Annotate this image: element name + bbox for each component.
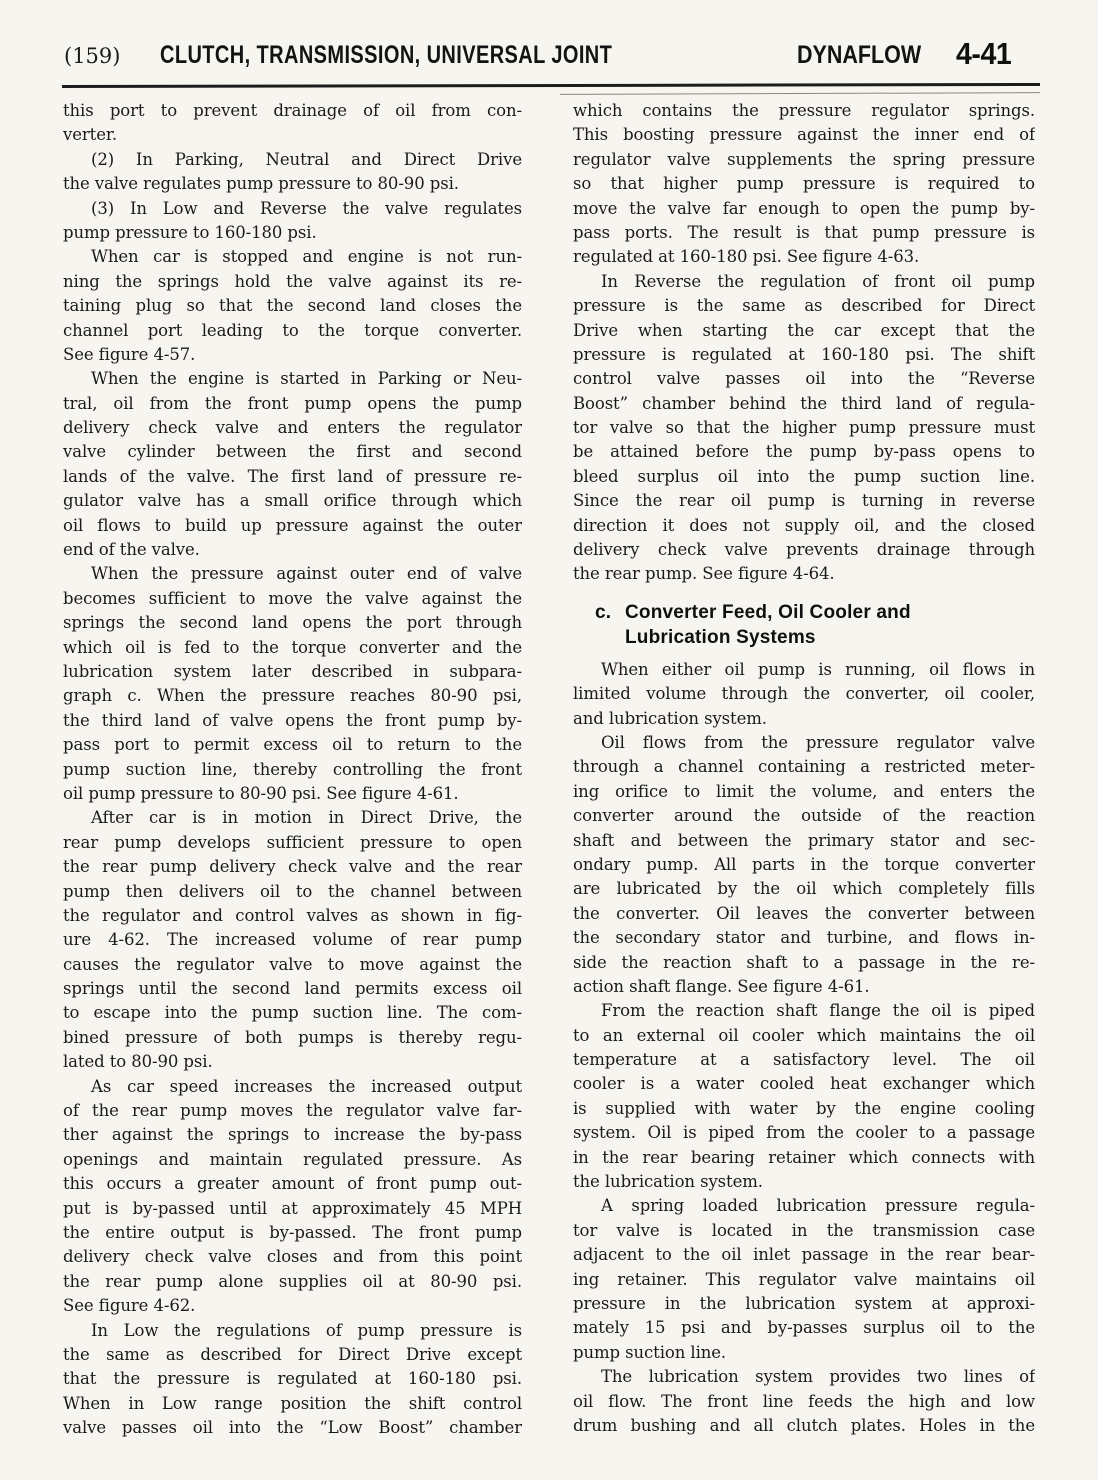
text-line: ning the springs hold the valve against … (63, 270, 522, 294)
text-line: When the pressure against outer end of v… (63, 562, 522, 586)
text-line: lands of the valve. The first land of pr… (63, 465, 522, 489)
text-line: ing retainer. This regulator valve maint… (573, 1268, 1035, 1292)
text-line: the rear pump. See figure 4-64. (573, 562, 1035, 586)
text-line: rear pump develops sufficient pressure t… (63, 831, 522, 855)
text-line: of the rear pump moves the regulator val… (63, 1099, 522, 1123)
text-line: taining plug so that the second land clo… (63, 294, 522, 318)
text-line: oil flow. The front line feeds the high … (573, 1390, 1035, 1414)
paragraph: A spring loaded lubrication pressure reg… (573, 1194, 1035, 1365)
text-line: In Low the regulations of pump pressure … (63, 1319, 522, 1343)
text-line: See figure 4-57. (63, 343, 522, 367)
text-line: pressure in the lubrication system at ap… (573, 1292, 1035, 1316)
text-line: (2) In Parking, Neutral and Direct Drive (63, 148, 522, 172)
text-line: in the rear bearing retainer which conne… (573, 1146, 1035, 1170)
text-line: side the reaction shaft to a passage in … (573, 951, 1035, 975)
text-line: the secondary stator and turbine, and fl… (573, 926, 1035, 950)
text-line: so that higher pump pressure is required… (573, 172, 1035, 196)
page-number: 4-41 (956, 36, 1011, 72)
text-line: ure 4-62. The increased volume of rear p… (63, 928, 522, 952)
text-line: converter around the outside of the reac… (573, 804, 1035, 828)
text-line: system. Oil is piped from the cooler to … (573, 1121, 1035, 1145)
text-line: is supplied with water by the engine coo… (573, 1097, 1035, 1121)
text-line: The lubrication system provides two line… (573, 1365, 1035, 1389)
text-line: end of the valve. (63, 538, 522, 562)
text-line: When the engine is started in Parking or… (63, 367, 522, 391)
text-line: (3) In Low and Reverse the valve regulat… (63, 197, 522, 221)
text-line: this port to prevent drainage of oil fro… (63, 99, 522, 123)
text-line: that the pressure is regulated at 160-18… (63, 1367, 522, 1391)
paragraph: When the engine is started in Parking or… (63, 367, 522, 562)
text-line: limited volume through the converter, oi… (573, 682, 1035, 706)
text-line: graph c. When the pressure reaches 80-90… (63, 684, 522, 708)
text-line: delivery check valve closes and from thi… (63, 1245, 522, 1269)
text-line: ther against the springs to increase the… (63, 1123, 522, 1147)
text-line: to an external oil cooler which maintain… (573, 1024, 1035, 1048)
text-line: pass ports. The result is that pump pres… (573, 221, 1035, 245)
text-line: tor valve so that the higher pump pressu… (573, 416, 1035, 440)
text-line: cooler is a water cooled heat exchanger … (573, 1072, 1035, 1096)
text-line: the regulator and control valves as show… (63, 904, 522, 928)
text-line: the valve regulates pump pressure to 80-… (63, 172, 522, 196)
text-line: springs until the second land permits ex… (63, 977, 522, 1001)
text-line: ing orifice to limit the volume, and ent… (573, 780, 1035, 804)
text-line: channel port leading to the torque conve… (63, 319, 522, 343)
text-line: pump suction line, thereby controlling t… (63, 758, 522, 782)
text-line: springs the second land opens the port t… (63, 611, 522, 635)
paragraph: The lubrication system provides two line… (573, 1365, 1035, 1438)
text-line: When car is stopped and engine is not ru… (63, 245, 522, 269)
left-column: this port to prevent drainage of oil fro… (63, 99, 522, 1440)
text-line: gulator valve has a small orifice throug… (63, 489, 522, 513)
left-page-number: (159) (64, 44, 120, 68)
section-label: DYNAFLOW (797, 41, 921, 70)
text-line: the same as described for Direct Drive e… (63, 1343, 522, 1367)
text-line: lubrication system later described in su… (63, 660, 522, 684)
paragraph: When car is stopped and engine is not ru… (63, 245, 522, 367)
text-line: regulated at 160-180 psi. See figure 4-6… (573, 245, 1035, 269)
text-line: drum bushing and all clutch plates. Hole… (573, 1414, 1035, 1438)
text-line: oil flows to build up pressure against t… (63, 514, 522, 538)
paragraph: From the reaction shaft flange the oil i… (573, 999, 1035, 1194)
text-line: and lubrication system. (573, 707, 1035, 731)
text-line: control valve passes oil into the “Rever… (573, 367, 1035, 391)
text-line: After car is in motion in Direct Drive, … (63, 806, 522, 830)
text-line: the entire output is by-passed. The fron… (63, 1221, 522, 1245)
text-line: See figure 4-62. (63, 1294, 522, 1318)
text-line: regulator valve supplements the spring p… (573, 148, 1035, 172)
text-line: A spring loaded lubrication pressure reg… (573, 1194, 1035, 1218)
text-line: valve cylinder between the first and sec… (63, 440, 522, 464)
text-line: are lubricated by the oil which complete… (573, 877, 1035, 901)
manual-page: (159) CLUTCH, TRANSMISSION, UNIVERSAL JO… (0, 0, 1098, 1480)
paragraph: In Reverse the regulation of front oil p… (573, 270, 1035, 587)
text-line: verter. (63, 123, 522, 147)
text-line: which oil is fed to the torque converter… (63, 636, 522, 660)
text-line: be attained before the pump by-pass open… (573, 440, 1035, 464)
header-rule-shadow (560, 92, 1040, 95)
text-line: This boosting pressure against the inner… (573, 123, 1035, 147)
paragraph: As car speed increases the increased out… (63, 1075, 522, 1319)
text-line: the rear pump alone supplies oil at 80-9… (63, 1270, 522, 1294)
text-line: direction it does not supply oil, and th… (573, 514, 1035, 538)
text-line: tral, oil from the front pump opens the … (63, 392, 522, 416)
text-line: Oil flows from the pressure regulator va… (573, 731, 1035, 755)
paragraph: (2) In Parking, Neutral and Direct Drive… (63, 148, 522, 197)
text-line: this occurs a greater amount of front pu… (63, 1172, 522, 1196)
text-line: bined pressure of both pumps is thereby … (63, 1026, 522, 1050)
text-line: action shaft flange. See figure 4-61. (573, 975, 1035, 999)
text-line: pass port to permit excess oil to return… (63, 733, 522, 757)
paragraph: (3) In Low and Reverse the valve regulat… (63, 197, 522, 246)
paragraph: this port to prevent drainage of oil fro… (63, 99, 522, 148)
text-line: When in Low range position the shift con… (63, 1392, 522, 1416)
text-line: through a channel containing a restricte… (573, 755, 1035, 779)
heading-text: Converter Feed, Oil Cooler and (625, 600, 911, 625)
text-line: delivery check valve and enters the regu… (63, 416, 522, 440)
text-line: the rear pump delivery check valve and t… (63, 855, 522, 879)
header-rule (62, 83, 1040, 88)
text-line: the converter. Oil leaves the converter … (573, 902, 1035, 926)
text-line: move the valve far enough to open the pu… (573, 197, 1035, 221)
text-line: pressure is the same as described for Di… (573, 294, 1035, 318)
text-line: In Reverse the regulation of front oil p… (573, 270, 1035, 294)
text-line: pressure is regulated at 160-180 psi. Th… (573, 343, 1035, 367)
paragraph: When the pressure against outer end of v… (63, 562, 522, 806)
text-line: the third land of valve opens the front … (63, 709, 522, 733)
text-line: openings and maintain regulated pressure… (63, 1148, 522, 1172)
text-line: pump suction line. (573, 1341, 1035, 1365)
text-line: which contains the pressure regulator sp… (573, 99, 1035, 123)
text-line: From the reaction shaft flange the oil i… (573, 999, 1035, 1023)
text-line: to escape into the pump suction line. Th… (63, 1001, 522, 1025)
text-line: ondary pump. All parts in the torque con… (573, 853, 1035, 877)
text-line: Since the rear oil pump is turning in re… (573, 489, 1035, 513)
text-line: adjacent to the oil inlet passage in the… (573, 1243, 1035, 1267)
text-line: put is by-passed until at approximately … (63, 1197, 522, 1221)
text-line: mately 15 psi and by-passes surplus oil … (573, 1316, 1035, 1340)
text-line: valve passes oil into the “Low Boost” ch… (63, 1416, 522, 1440)
page-title: CLUTCH, TRANSMISSION, UNIVERSAL JOINT (160, 41, 612, 70)
text-line: Boost” chamber behind the third land of … (573, 392, 1035, 416)
heading-line: Lubrication Systems (573, 625, 1035, 650)
text-line: shaft and between the primary stator and… (573, 829, 1035, 853)
text-line: pump pressure to 160-180 psi. (63, 221, 522, 245)
text-line: bleed surplus oil into the pump suction … (573, 465, 1035, 489)
right-column: which contains the pressure regulator sp… (573, 99, 1035, 1438)
text-line: lated to 80-90 psi. (63, 1050, 522, 1074)
paragraph: After car is in motion in Direct Drive, … (63, 806, 522, 1074)
text-line: Drive when starting the car except that … (573, 319, 1035, 343)
text-line: pump then delivers oil to the channel be… (63, 880, 522, 904)
text-line: As car speed increases the increased out… (63, 1075, 522, 1099)
text-line: becomes sufficient to move the valve aga… (63, 587, 522, 611)
text-line: delivery check valve prevents drainage t… (573, 538, 1035, 562)
text-line: causes the regulator valve to move again… (63, 953, 522, 977)
paragraph: When either oil pump is running, oil flo… (573, 658, 1035, 731)
subsection-heading: c.Converter Feed, Oil Cooler andLubricat… (573, 600, 1035, 650)
paragraph: In Low the regulations of pump pressure … (63, 1319, 522, 1441)
text-line: temperature at a satisfactory level. The… (573, 1048, 1035, 1072)
text-line: tor valve is located in the transmission… (573, 1219, 1035, 1243)
paragraph: Oil flows from the pressure regulator va… (573, 731, 1035, 999)
text-line: When either oil pump is running, oil flo… (573, 658, 1035, 682)
text-line: oil pump pressure to 80-90 psi. See figu… (63, 782, 522, 806)
heading-prefix: c. (595, 600, 625, 625)
paragraph: which contains the pressure regulator sp… (573, 99, 1035, 270)
heading-line: c.Converter Feed, Oil Cooler and (573, 600, 1035, 625)
text-line: the lubrication system. (573, 1170, 1035, 1194)
